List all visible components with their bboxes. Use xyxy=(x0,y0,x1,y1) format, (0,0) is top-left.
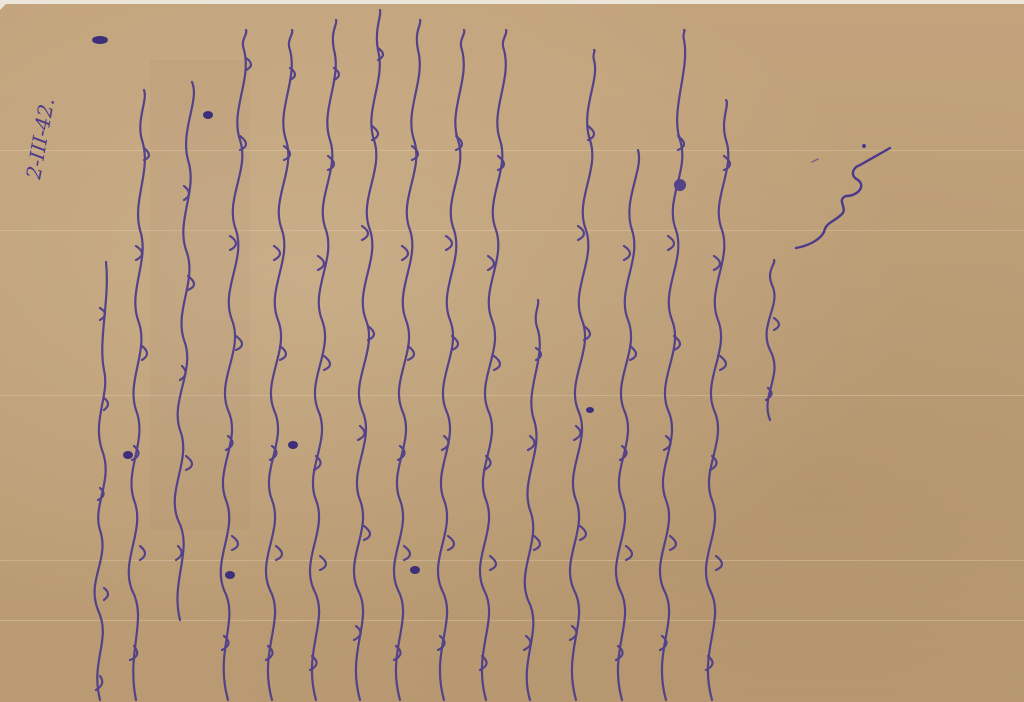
script-column xyxy=(95,262,107,700)
script-column xyxy=(354,10,380,700)
script-column xyxy=(480,30,506,700)
date-text: 2-III-42. xyxy=(21,96,59,182)
handwriting-layer: 2-III-42. xyxy=(0,0,1024,702)
script-column xyxy=(660,30,685,700)
script-column xyxy=(706,100,728,700)
script-column xyxy=(129,90,145,700)
script-column xyxy=(266,30,292,700)
script-columns xyxy=(95,10,779,700)
script-column xyxy=(175,82,194,620)
script-column xyxy=(570,50,595,700)
signature xyxy=(796,144,890,248)
script-column xyxy=(221,30,247,700)
script-column xyxy=(438,30,464,700)
script-column xyxy=(310,20,336,700)
ink-dots xyxy=(92,36,594,579)
date-mark: 2-III-42. xyxy=(21,96,59,182)
script-column xyxy=(616,150,639,700)
postcard: 2-III-42. xyxy=(0,0,1024,702)
